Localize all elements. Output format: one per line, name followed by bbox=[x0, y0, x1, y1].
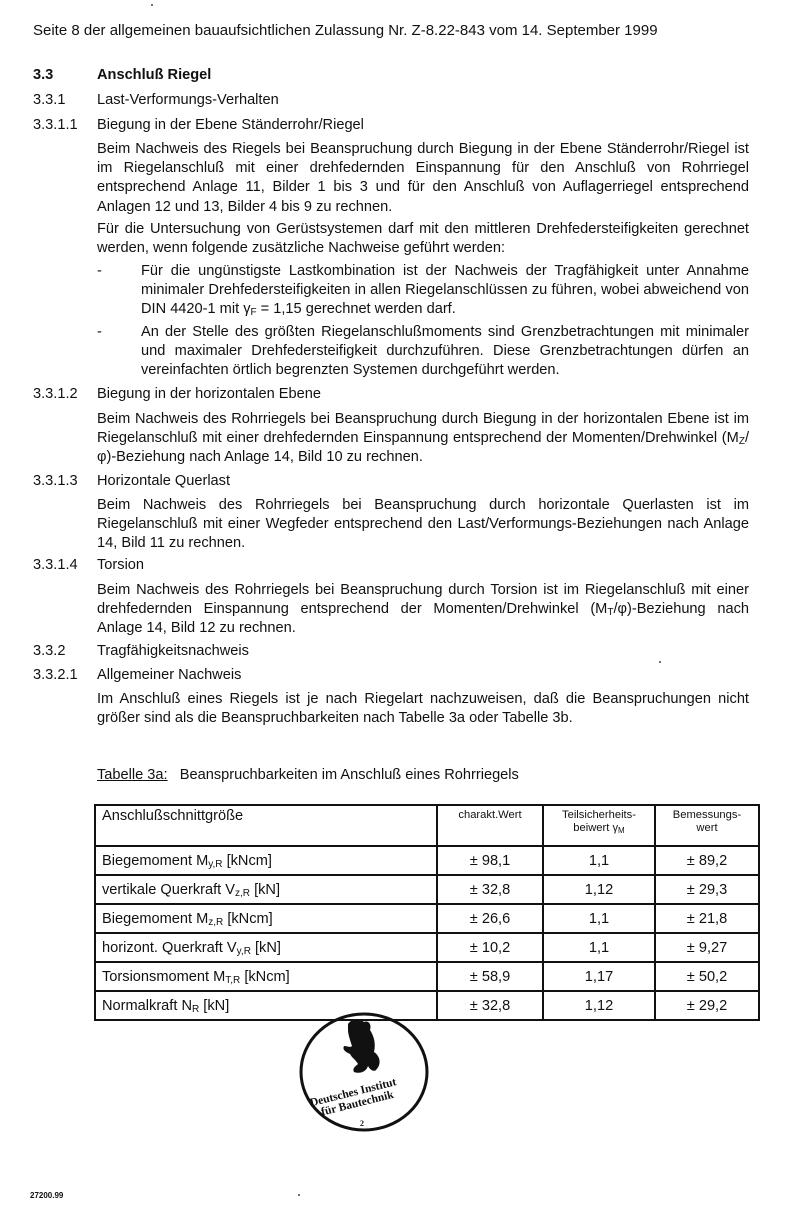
header-cell: Teilsicherheits-beiwert γM bbox=[543, 805, 655, 846]
bullet-dash: - bbox=[97, 323, 102, 342]
section-title: Last-Verformungs-Verhalten bbox=[97, 92, 279, 109]
paragraph: Beim Nachweis des Rohrriegels bei Beansp… bbox=[97, 410, 749, 468]
table-body: Biegemoment My,R [kNcm]± 98,11,1± 89,2ve… bbox=[95, 846, 759, 1020]
document-code: 27200.99 bbox=[30, 1191, 63, 1200]
table-caption: Tabelle 3a: Beanspruchbarkeiten im Ansch… bbox=[97, 767, 519, 783]
list-item: - An der Stelle des größten Riegelanschl… bbox=[97, 323, 749, 381]
svg-text:2: 2 bbox=[360, 1119, 364, 1128]
quantity-cell: vertikale Querkraft Vz,R [kN] bbox=[95, 875, 437, 904]
table-caption-text: Beanspruchbarkeiten im Anschluß eines Ro… bbox=[180, 767, 519, 783]
section-number: 3.3.1.2 bbox=[33, 386, 78, 403]
characteristic-value-cell: ± 58,9 bbox=[437, 962, 543, 991]
paragraph: Beim Nachweis des Rohrriegels bei Beansp… bbox=[97, 581, 749, 639]
design-value-cell: ± 21,8 bbox=[655, 904, 759, 933]
design-value-cell: ± 29,2 bbox=[655, 991, 759, 1020]
section-number: 3.3 bbox=[33, 67, 53, 84]
paragraph-text: Beim Nachweis des Riegels bei Beanspruch… bbox=[97, 140, 749, 217]
scan-speck bbox=[151, 4, 153, 6]
stamp-graphic: Deutsches Institut für Bautechnik 2 bbox=[290, 1006, 438, 1136]
table-caption-label: Tabelle 3a: bbox=[97, 767, 168, 783]
paragraph: Im Anschluß eines Riegels ist je nach Ri… bbox=[97, 690, 749, 728]
quantity-cell: Biegemoment My,R [kNcm] bbox=[95, 846, 437, 875]
characteristic-value-cell: ± 32,8 bbox=[437, 991, 543, 1020]
safety-factor-cell: 1,1 bbox=[543, 904, 655, 933]
section-number: 3.3.1.3 bbox=[33, 473, 78, 490]
paragraph-text: Beim Nachweis des Rohrriegels bei Beansp… bbox=[97, 581, 749, 639]
characteristic-value-cell: ± 10,2 bbox=[437, 933, 543, 962]
page-header: Seite 8 der allgemeinen bauaufsichtliche… bbox=[33, 22, 658, 39]
section-title: Torsion bbox=[97, 557, 144, 574]
section-number: 3.3.2 bbox=[33, 643, 65, 660]
paragraph: Für die Untersuchung von Gerüstsystemen … bbox=[97, 220, 749, 258]
table-row: Biegemoment My,R [kNcm]± 98,11,1± 89,2 bbox=[95, 846, 759, 875]
section-title: Anschluß Riegel bbox=[97, 67, 211, 84]
list-item-text: An der Stelle des größten Riegelanschluß… bbox=[141, 323, 749, 381]
official-stamp: Deutsches Institut für Bautechnik 2 bbox=[290, 1006, 438, 1136]
safety-factor-cell: 1,12 bbox=[543, 991, 655, 1020]
safety-factor-cell: 1,17 bbox=[543, 962, 655, 991]
scan-speck bbox=[659, 661, 661, 663]
quantity-cell: Torsionsmoment MT,R [kNcm] bbox=[95, 962, 437, 991]
section-number: 3.3.1.1 bbox=[33, 117, 78, 134]
paragraph-text: Beim Nachweis des Rohrriegels bei Beansp… bbox=[97, 410, 749, 468]
safety-factor-cell: 1,1 bbox=[543, 933, 655, 962]
design-value-cell: ± 29,3 bbox=[655, 875, 759, 904]
bullet-dash: - bbox=[97, 262, 102, 281]
design-value-cell: ± 89,2 bbox=[655, 846, 759, 875]
table-row: Torsionsmoment MT,R [kNcm]± 58,91,17± 50… bbox=[95, 962, 759, 991]
table-row: Biegemoment Mz,R [kNcm]± 26,61,1± 21,8 bbox=[95, 904, 759, 933]
table-row: vertikale Querkraft Vz,R [kN]± 32,81,12±… bbox=[95, 875, 759, 904]
resistance-table: Anschlußschnittgröße charakt.Wert Teilsi… bbox=[94, 804, 760, 1021]
design-value-cell: ± 50,2 bbox=[655, 962, 759, 991]
paragraph: Beim Nachweis des Rohrriegels bei Beansp… bbox=[97, 496, 749, 554]
section-title: Allgemeiner Nachweis bbox=[97, 667, 241, 684]
bear-icon bbox=[343, 1019, 379, 1073]
characteristic-value-cell: ± 26,6 bbox=[437, 904, 543, 933]
section-title: Horizontale Querlast bbox=[97, 473, 230, 490]
section-number: 3.3.1.4 bbox=[33, 557, 78, 574]
list-item: - Für die ungünstigste Lastkombination i… bbox=[97, 262, 749, 320]
table-header-row: Anschlußschnittgröße charakt.Wert Teilsi… bbox=[95, 805, 759, 846]
safety-factor-cell: 1,12 bbox=[543, 875, 655, 904]
section-number: 3.3.1 bbox=[33, 92, 65, 109]
scan-speck bbox=[298, 1194, 300, 1196]
characteristic-value-cell: ± 98,1 bbox=[437, 846, 543, 875]
paragraph: Beim Nachweis des Riegels bei Beanspruch… bbox=[97, 140, 749, 217]
table-row: horizont. Querkraft Vy,R [kN]± 10,21,1± … bbox=[95, 933, 759, 962]
design-value-cell: ± 9,27 bbox=[655, 933, 759, 962]
section-title: Tragfähigkeitsnachweis bbox=[97, 643, 249, 660]
section-number: 3.3.2.1 bbox=[33, 667, 78, 684]
safety-factor-cell: 1,1 bbox=[543, 846, 655, 875]
paragraph-text: Für die Untersuchung von Gerüstsystemen … bbox=[97, 220, 749, 258]
characteristic-value-cell: ± 32,8 bbox=[437, 875, 543, 904]
header-cell: charakt.Wert bbox=[437, 805, 543, 846]
section-title: Biegung in der horizontalen Ebene bbox=[97, 386, 321, 403]
quantity-cell: horizont. Querkraft Vy,R [kN] bbox=[95, 933, 437, 962]
header-cell: Anschlußschnittgröße bbox=[95, 805, 437, 846]
header-cell: Bemessungs-wert bbox=[655, 805, 759, 846]
paragraph-text: Im Anschluß eines Riegels ist je nach Ri… bbox=[97, 690, 749, 728]
paragraph-text: Beim Nachweis des Rohrriegels bei Beansp… bbox=[97, 496, 749, 554]
list-item-text: Für die ungünstigste Lastkombination ist… bbox=[141, 262, 749, 320]
quantity-cell: Biegemoment Mz,R [kNcm] bbox=[95, 904, 437, 933]
section-title: Biegung in der Ebene Ständerrohr/Riegel bbox=[97, 117, 364, 134]
